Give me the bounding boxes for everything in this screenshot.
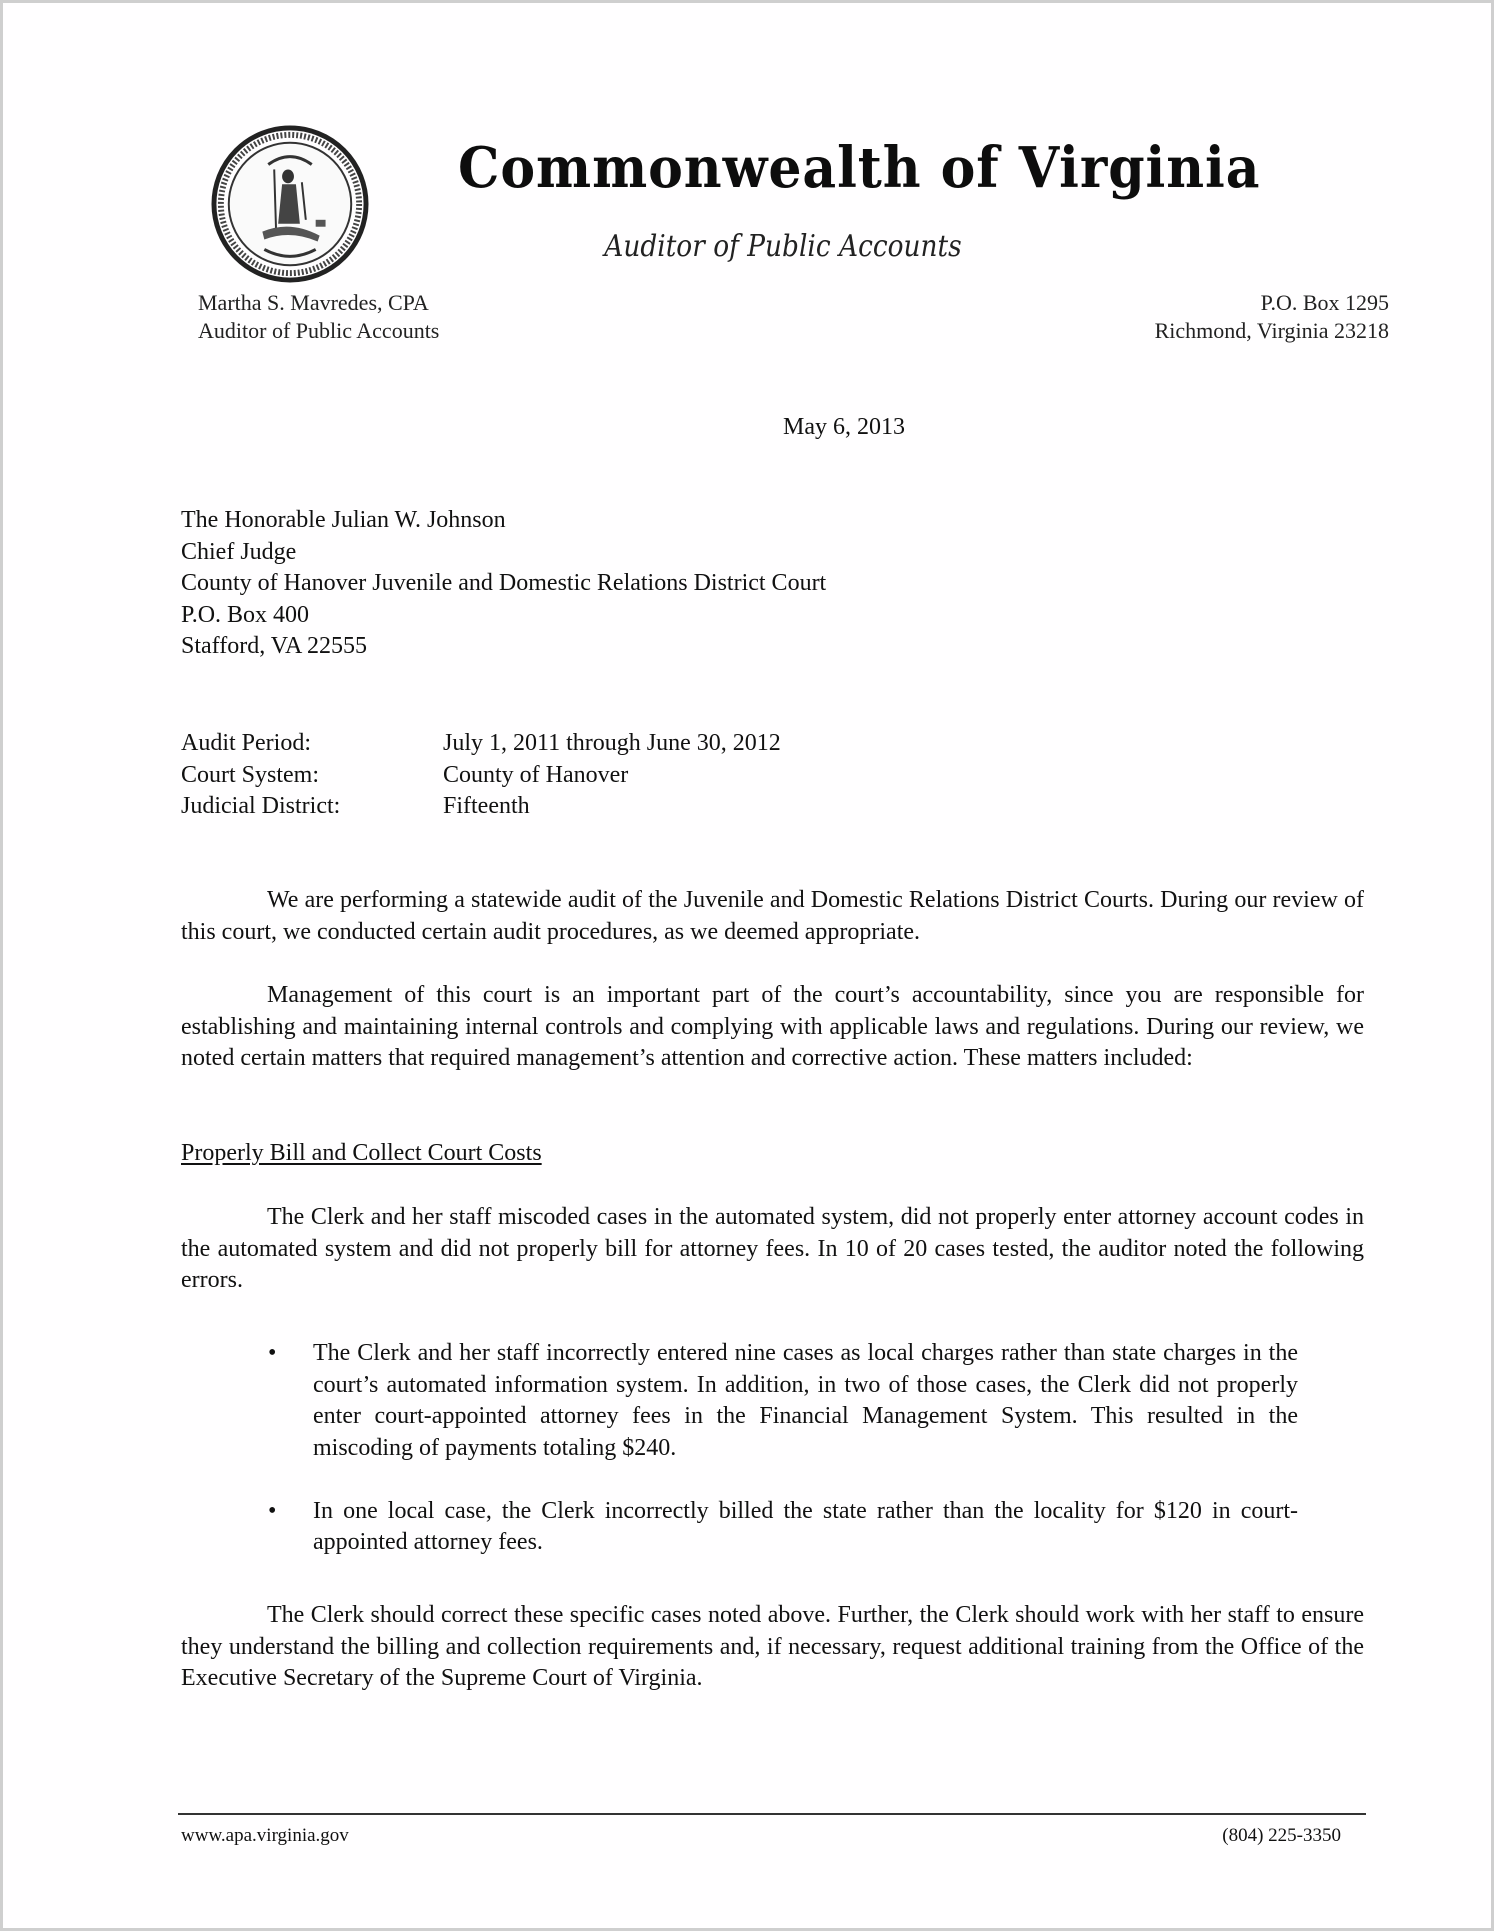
letterhead-address-block: P.O. Box 1295 Richmond, Virginia 23218 [1155,289,1389,345]
court-system-label: Court System: [181,760,443,792]
bullet-icon: • [268,1338,276,1370]
section-heading: Properly Bill and Collect Court Costs [181,1138,542,1170]
bullet-icon: • [268,1496,276,1528]
letterhead-auditor-block: Martha S. Mavredes, CPA Auditor of Publi… [198,289,439,345]
footer-phone: (804) 225-3350 [1222,1825,1341,1847]
footer-divider [178,1813,1366,1815]
letterhead-title: Commonwealth of Virginia [458,135,1076,201]
audit-period-label: Audit Period: [181,728,443,760]
management-text: Management of this court is an important… [181,982,1364,1071]
management-paragraph: Management of this court is an important… [181,980,1364,1075]
audit-period-row: Audit Period: July 1, 2011 through June … [181,728,781,760]
footer-website: www.apa.virginia.gov [181,1825,349,1847]
letter-date: May 6, 2013 [783,412,905,444]
recommendation-paragraph: The Clerk should correct these specific … [181,1600,1364,1695]
audit-info: Audit Period: July 1, 2011 through June … [181,728,781,823]
virginia-state-seal-icon [211,125,369,283]
recipient-court: County of Hanover Juvenile and Domestic … [181,568,826,600]
list-item-text: The Clerk and her staff incorrectly ente… [313,1340,1298,1461]
finding-paragraph: The Clerk and her staff miscoded cases i… [181,1202,1364,1297]
court-system-row: Court System: County of Hanover [181,760,781,792]
findings-list: • The Clerk and her staff incorrectly en… [181,1338,1298,1590]
list-item: • The Clerk and her staff incorrectly en… [181,1338,1298,1464]
auditor-title: Auditor of Public Accounts [198,317,439,345]
office-city: Richmond, Virginia 23218 [1155,317,1389,345]
recipient-city: Stafford, VA 22555 [181,631,826,663]
recipient-name: The Honorable Julian W. Johnson [181,505,826,537]
recipient-po-box: P.O. Box 400 [181,600,826,632]
recipient-address: The Honorable Julian W. Johnson Chief Ju… [181,505,826,663]
recommendation-text: The Clerk should correct these specific … [181,1602,1364,1691]
intro-text: We are performing a statewide audit of t… [181,887,1364,945]
letter-page: Commonwealth of Virginia Auditor of Publ… [0,0,1494,1931]
list-item: • In one local case, the Clerk incorrect… [181,1496,1298,1559]
office-po-box: P.O. Box 1295 [1155,289,1389,317]
judicial-district-label: Judicial District: [181,791,443,823]
finding-text: The Clerk and her staff miscoded cases i… [181,1204,1364,1293]
judicial-district-value: Fifteenth [443,791,530,823]
auditor-name: Martha S. Mavredes, CPA [198,289,439,317]
letterhead-subtitle: Auditor of Public Accounts [589,229,976,264]
court-system-value: County of Hanover [443,760,628,792]
list-item-text: In one local case, the Clerk incorrectly… [313,1498,1298,1556]
recipient-title: Chief Judge [181,537,826,569]
judicial-district-row: Judicial District: Fifteenth [181,791,781,823]
audit-period-value: July 1, 2011 through June 30, 2012 [443,728,781,760]
intro-paragraph: We are performing a statewide audit of t… [181,885,1364,948]
